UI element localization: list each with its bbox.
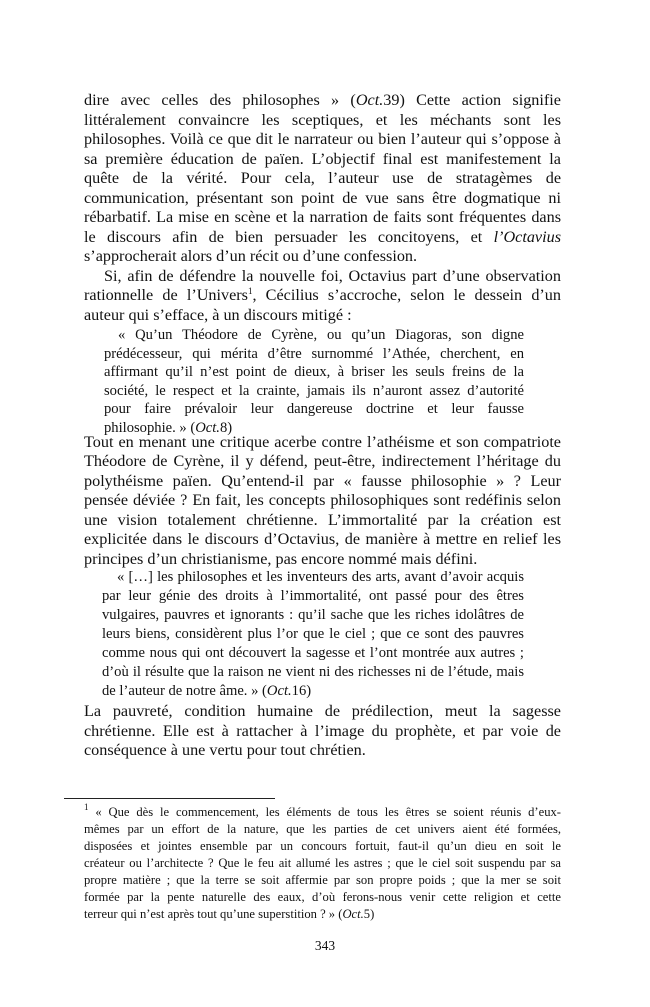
quote-line: comme nous qui ont découvert la sagesse … <box>102 644 524 662</box>
quote-line: vulgaires, pauvres et ignorants : qu’il … <box>102 606 524 624</box>
text-line: La pauvreté, condition humaine de prédil… <box>84 702 561 721</box>
footnote-line: 1 « Que dès le commencement, les élément… <box>84 804 561 821</box>
quote-line: « Qu’un Théodore de Cyrène, ou qu’un Dia… <box>118 326 524 344</box>
quote-line: de l’auteur de notre âme. » (Oct.16) <box>102 682 524 700</box>
text-line: une vision totalement chrétienne. L’immo… <box>84 511 561 530</box>
footnote-line: disposées et jointes ensemble par un con… <box>84 838 561 855</box>
text-line: rationnelle de l’Univers1, Cécilius s’ac… <box>84 286 561 305</box>
text-line: conséquence à une vertu pour tout chréti… <box>84 741 561 760</box>
footnote-separator <box>64 798 275 799</box>
quote-line: pour faire prévaloir leur dangereuse doc… <box>104 400 524 418</box>
footnote-line: propre matière ; que la terre se soit af… <box>84 872 561 889</box>
text-line: chrétienne. Elle est à rattacher à l’ima… <box>84 722 561 741</box>
footnote-line: formée par la pente naturelle des eaux, … <box>84 889 561 906</box>
quote-line: affirmant qu’il n’est point de dieux, à … <box>104 363 524 381</box>
quote-line: leurs biens, considèrent plus l’or que l… <box>102 625 524 643</box>
text-line: Tout en menant une critique acerbe contr… <box>84 433 561 452</box>
footnote-line: mêmes par un effort de la nature, que le… <box>84 821 561 838</box>
text-line: littéralement convaincre les sceptiques,… <box>84 111 561 130</box>
quote-line: prédécesseur, qui mérita d’être surnommé… <box>104 345 524 363</box>
text-line: Théodore de Cyrène, il y défend, peut-êt… <box>84 452 561 471</box>
footnote-line: terreur qui n’est après tout qu’une supe… <box>84 906 561 923</box>
text-line: dire avec celles des philosophes » (Oct.… <box>84 91 561 110</box>
quote-line: « […] les philosophes et les inventeurs … <box>117 568 524 586</box>
text-line: quête de la vérité. Pour cela, l’auteur … <box>84 169 561 188</box>
text-line: rébarbatif. La mise en scène et la narra… <box>84 208 561 227</box>
text-line: s’approcherait alors d’un récit ou d’une… <box>84 247 561 266</box>
text-line: le discours afin de bien persuader les c… <box>84 228 561 247</box>
document-page: dire avec celles des philosophes » (Oct.… <box>0 0 650 1007</box>
text-line: sa première éducation de païen. L’object… <box>84 150 561 169</box>
quote-line: société, le respect et la crainte, jamai… <box>104 382 524 400</box>
text-line: polythéisme païen. Qu’entend-il par « fa… <box>84 472 561 491</box>
text-line: communication, présentant son point de v… <box>84 189 561 208</box>
text-line: philosophes. Voilà ce que dit le narrate… <box>84 130 561 149</box>
text-line: pensée déviée ? En fait, les concepts ph… <box>84 491 561 510</box>
quote-line: d’où il résulte que la raison ne vient n… <box>102 663 524 681</box>
text-line: explicitée dans le discours d’Octavius, … <box>84 530 561 549</box>
quote-line: par leur génie des droits à l’immortalit… <box>102 587 524 605</box>
page-number: 343 <box>300 938 350 954</box>
text-line: principes d’un christianisme, pas encore… <box>84 550 561 569</box>
text-line: Si, afin de défendre la nouvelle foi, Oc… <box>104 267 561 286</box>
footnote-line: créateur ou l’architecte ? Que le feu ai… <box>84 855 561 872</box>
text-line: auteur qui s’efface, à un discours mitig… <box>84 306 561 325</box>
